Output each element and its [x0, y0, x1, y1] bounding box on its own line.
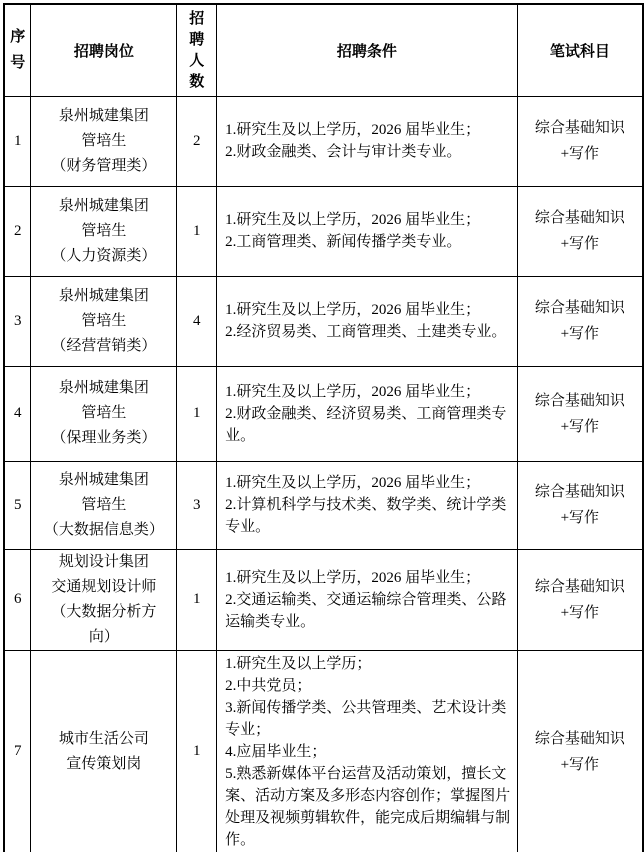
- conditions-cell: 1.研究生及以上学历，2026 届毕业生； 2.交通运输类、交通运输综合管理类、…: [217, 549, 517, 650]
- conditions-cell: 1.研究生及以上学历，2026 届毕业生； 2.计算机科学与技术类、数学类、统计…: [217, 461, 517, 549]
- row-number-cell: 5: [4, 461, 31, 549]
- headcount-cell: 1: [177, 186, 217, 276]
- position-cell: 泉州城建集团 管培生 （大数据信息类）: [31, 461, 177, 549]
- table-row: 1 泉州城建集团 管培生 （财务管理类） 2 1.研究生及以上学历，2026 届…: [4, 96, 643, 186]
- row-number-cell: 7: [4, 650, 31, 852]
- exam-subject-cell: 综合基础知识 +写作: [517, 650, 643, 852]
- col-header-exam: 笔试科目: [517, 4, 643, 96]
- row-number-cell: 6: [4, 549, 31, 650]
- table-row: 5 泉州城建集团 管培生 （大数据信息类） 3 1.研究生及以上学历，2026 …: [4, 461, 643, 549]
- row-number-cell: 4: [4, 366, 31, 461]
- exam-subject-cell: 综合基础知识 +写作: [517, 276, 643, 366]
- row-number-cell: 2: [4, 186, 31, 276]
- recruitment-table: 序 号 招聘岗位 招 聘 人 数 招聘条件 笔试科目 1 泉州城建集团 管培生 …: [3, 3, 644, 852]
- row-number-cell: 1: [4, 96, 31, 186]
- position-cell: 泉州城建集团 管培生 （经营营销类）: [31, 276, 177, 366]
- position-cell: 泉州城建集团 管培生 （财务管理类）: [31, 96, 177, 186]
- headcount-cell: 1: [177, 549, 217, 650]
- exam-subject-cell: 综合基础知识 +写作: [517, 186, 643, 276]
- headcount-cell: 3: [177, 461, 217, 549]
- conditions-cell: 1.研究生及以上学历，2026 届毕业生； 2.财政金融类、经济贸易类、工商管理…: [217, 366, 517, 461]
- col-header-no: 序 号: [4, 4, 31, 96]
- table-row: 2 泉州城建集团 管培生 （人力资源类） 1 1.研究生及以上学历，2026 届…: [4, 186, 643, 276]
- headcount-cell: 1: [177, 366, 217, 461]
- exam-subject-cell: 综合基础知识 +写作: [517, 366, 643, 461]
- table-row: 3 泉州城建集团 管培生 （经营营销类） 4 1.研究生及以上学历，2026 届…: [4, 276, 643, 366]
- exam-subject-cell: 综合基础知识 +写作: [517, 96, 643, 186]
- table-row: 7 城市生活公司 宣传策划岗 1 1.研究生及以上学历； 2.中共党员； 3.新…: [4, 650, 643, 852]
- exam-subject-cell: 综合基础知识 +写作: [517, 549, 643, 650]
- table-row: 4 泉州城建集团 管培生 （保理业务类） 1 1.研究生及以上学历，2026 届…: [4, 366, 643, 461]
- conditions-cell: 1.研究生及以上学历，2026 届毕业生； 2.经济贸易类、工商管理类、土建类专…: [217, 276, 517, 366]
- position-cell: 泉州城建集团 管培生 （人力资源类）: [31, 186, 177, 276]
- conditions-cell: 1.研究生及以上学历，2026 届毕业生； 2.财政金融类、会计与审计类专业。: [217, 96, 517, 186]
- header-row: 序 号 招聘岗位 招 聘 人 数 招聘条件 笔试科目: [4, 4, 643, 96]
- row-number-cell: 3: [4, 276, 31, 366]
- conditions-cell: 1.研究生及以上学历，2026 届毕业生； 2.工商管理类、新闻传播学类专业。: [217, 186, 517, 276]
- col-header-position: 招聘岗位: [31, 4, 177, 96]
- position-cell: 泉州城建集团 管培生 （保理业务类）: [31, 366, 177, 461]
- exam-subject-cell: 综合基础知识 +写作: [517, 461, 643, 549]
- col-header-headcount: 招 聘 人 数: [177, 4, 217, 96]
- headcount-cell: 1: [177, 650, 217, 852]
- headcount-cell: 4: [177, 276, 217, 366]
- table-row: 6 规划设计集团 交通规划设计师 （大数据分析方 向） 1 1.研究生及以上学历…: [4, 549, 643, 650]
- position-cell: 规划设计集团 交通规划设计师 （大数据分析方 向）: [31, 549, 177, 650]
- col-header-conditions: 招聘条件: [217, 4, 517, 96]
- headcount-cell: 2: [177, 96, 217, 186]
- conditions-cell: 1.研究生及以上学历； 2.中共党员； 3.新闻传播学类、公共管理类、艺术设计类…: [217, 650, 517, 852]
- position-cell: 城市生活公司 宣传策划岗: [31, 650, 177, 852]
